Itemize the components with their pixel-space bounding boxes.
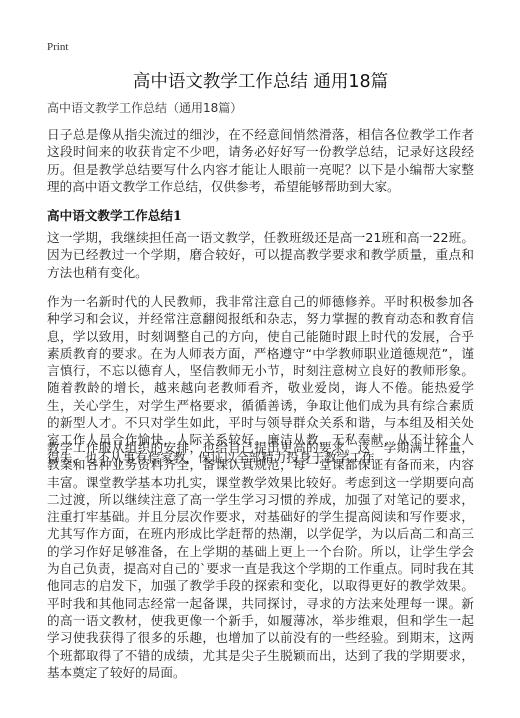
document-title: 高中语文教学工作总结 通用18篇 bbox=[47, 68, 474, 93]
body-paragraph-1: 这一学期，我继续担任高一语文教学，任教班级还是高一21班和高一22班。因为已经教… bbox=[47, 229, 474, 281]
intro-paragraph: 日子总是像从指尖流过的细沙，在不经意间悄然滑落，相信各位教学工作者这段时间来的收… bbox=[47, 126, 474, 195]
print-label[interactable]: Print bbox=[47, 41, 68, 53]
document-subtitle: 高中语文教学工作总结（通用18篇） bbox=[47, 99, 242, 116]
section-heading: 高中语文教学工作总结1 bbox=[47, 205, 182, 224]
body-paragraph-3: 教学工作服从组织的安排，也给自己提出更高的要求。这一学期满工作量，教案和各种业务… bbox=[47, 439, 474, 681]
